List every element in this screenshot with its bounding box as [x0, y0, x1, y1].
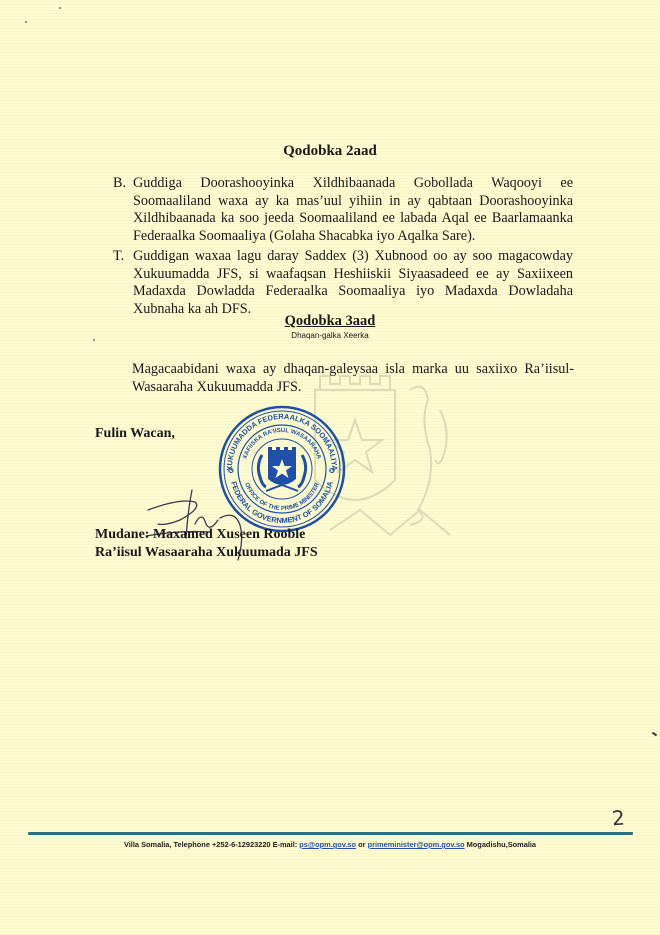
- section-3-heading: Qodobka 3aad: [0, 313, 660, 330]
- document-page: Qodobka 2aad B. Guddiga Doorashooyinka X…: [0, 0, 660, 935]
- footer-rule: [28, 832, 633, 835]
- closing-salutation: Fulin Wacan,: [95, 426, 175, 442]
- footer-separator: or: [356, 840, 368, 849]
- section-2-item-t: T. Guddigan waxaa lagu daray Saddex (3) …: [113, 248, 573, 318]
- footer-contact: Villa Somalia, Telephone +252-6-12923220…: [0, 840, 660, 849]
- pen-mark: [652, 732, 657, 737]
- item-text: Guddiga Doorashooyinka Xildhibaanada Gob…: [133, 175, 573, 245]
- section-3-paragraph: Magacaabidani waxa ay dhaqan-galeysaa is…: [132, 361, 574, 396]
- email-link-primeminister[interactable]: primeminister@opm.gov.so: [368, 840, 465, 849]
- section-2-heading: Qodobka 2aad: [0, 143, 660, 160]
- svg-text:✪: ✪: [228, 467, 234, 475]
- item-text: Guddigan waxaa lagu daray Saddex (3) Xub…: [133, 248, 573, 318]
- item-marker: B.: [113, 175, 126, 193]
- item-marker: T.: [113, 248, 124, 266]
- footer-suffix: Mogadishu,Somalia: [465, 840, 536, 849]
- signatory-name: Mudane: Maxamed Xuseen Rooble: [95, 527, 305, 543]
- svg-text:✪: ✪: [329, 467, 335, 475]
- speck: [25, 21, 27, 23]
- section-2-item-b: B. Guddiga Doorashooyinka Xildhibaanada …: [113, 175, 573, 245]
- email-link-ps[interactable]: ps@opm.gov.so: [299, 840, 356, 849]
- speck: [59, 7, 61, 9]
- section-3-subheading: Dhaqan-galka Xeerka: [0, 331, 660, 340]
- page-number: 2: [611, 806, 625, 831]
- footer-prefix: Villa Somalia, Telephone +252-6-12923220…: [124, 840, 299, 849]
- signatory-title: Ra’iisul Wasaaraha Xukuumada JFS: [95, 545, 318, 561]
